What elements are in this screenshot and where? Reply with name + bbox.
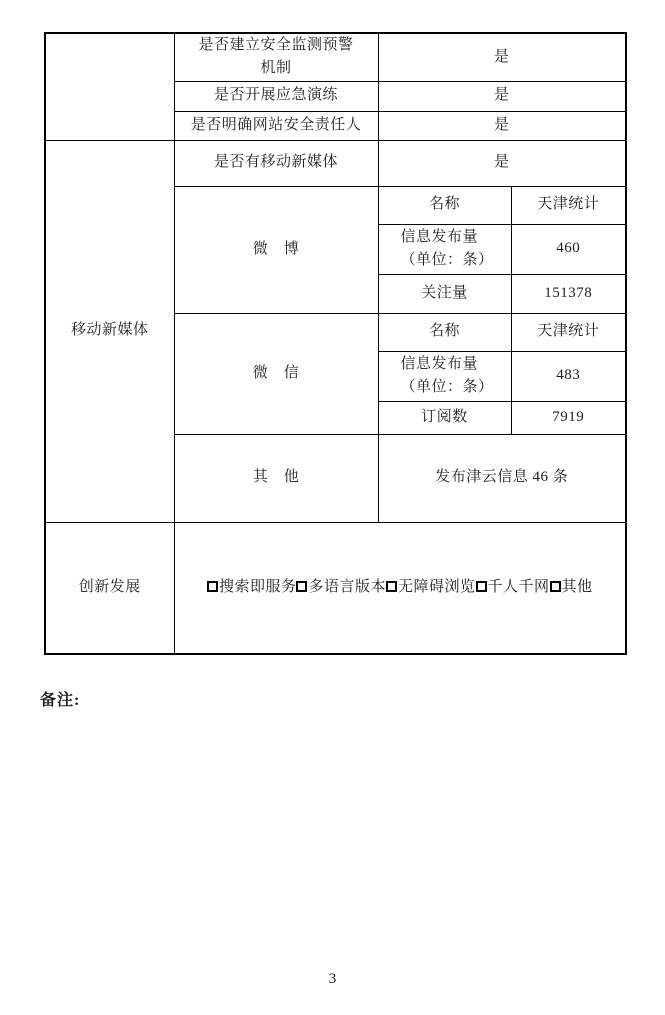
checkbox-label: 搜索即服务 [219,579,297,595]
checkbox-icon[interactable] [476,581,487,592]
table-row: 移动新媒体是否有移动新媒体是 [45,140,626,186]
cell-other-value: 发布津云信息 46 条 [378,434,626,522]
cell-question-security-person: 是否明确网站安全责任人 [174,111,378,140]
checkbox-icon[interactable] [550,581,561,592]
report-table-container: 是否建立安全监测预警 机制是是否开展应急演练是是否明确网站安全责任人是移动新媒体… [44,32,627,655]
cell-wechat-subscribers-value: 7919 [511,401,626,434]
cell-wechat-label: 微 信 [174,313,378,434]
cell-weibo-name-value: 天津统计 [511,186,626,224]
checkbox-icon[interactable] [386,581,397,592]
table-body: 是否建立安全监测预警 机制是是否开展应急演练是是否明确网站安全责任人是移动新媒体… [45,33,626,654]
cell-weibo-posts-label: 信息发布量 （单位：条） [378,224,511,274]
checkbox-icon[interactable] [296,581,307,592]
innovation-option: 无障碍浏览 [386,579,476,595]
cell-wechat-name-label: 名称 [378,313,511,351]
cell-wechat-posts-label: 信息发布量 （单位：条） [378,351,511,401]
table-row: 创新发展搜索即服务多语言版本无障碍浏览千人千网其他 [45,522,626,654]
cell-answer-security-monitoring: 是 [378,33,626,81]
cell-answer-security-person: 是 [378,111,626,140]
checkbox-label: 千人千网 [488,579,550,595]
remarks-label: 备注: [40,687,80,710]
cell-wechat-subscribers-label: 订阅数 [378,401,511,434]
table-row: 是否建立安全监测预警 机制是 [45,33,626,81]
cell-category-empty [45,33,174,140]
checkbox-label: 多语言版本 [308,579,386,595]
document-table: 是否建立安全监测预警 机制是是否开展应急演练是是否明确网站安全责任人是移动新媒体… [44,32,627,655]
cell-category-innovation: 创新发展 [45,522,174,654]
cell-weibo-label: 微 博 [174,186,378,313]
cell-wechat-name-value: 天津统计 [511,313,626,351]
cell-wechat-posts-value: 483 [511,351,626,401]
cell-question-emergency-drill: 是否开展应急演练 [174,81,378,111]
innovation-option: 千人千网 [476,579,550,595]
cell-question-has-mobile-media: 是否有移动新媒体 [174,140,378,186]
innovation-option: 其他 [550,579,593,595]
cell-answer-emergency-drill: 是 [378,81,626,111]
cell-weibo-followers-label: 关注量 [378,274,511,313]
cell-category-mobile-media: 移动新媒体 [45,140,174,522]
checkbox-label: 无障碍浏览 [398,579,476,595]
page-number: 3 [0,971,665,988]
checkbox-label: 其他 [562,579,593,595]
cell-answer-has-mobile-media: 是 [378,140,626,186]
cell-other-label: 其 他 [174,434,378,522]
cell-innovation-options: 搜索即服务多语言版本无障碍浏览千人千网其他 [174,522,626,654]
innovation-option: 多语言版本 [296,579,386,595]
cell-weibo-posts-value: 460 [511,224,626,274]
cell-question-security-monitoring: 是否建立安全监测预警 机制 [174,33,378,81]
checkbox-icon[interactable] [207,581,218,592]
innovation-option: 搜索即服务 [207,579,297,595]
cell-weibo-name-label: 名称 [378,186,511,224]
cell-weibo-followers-value: 151378 [511,274,626,313]
